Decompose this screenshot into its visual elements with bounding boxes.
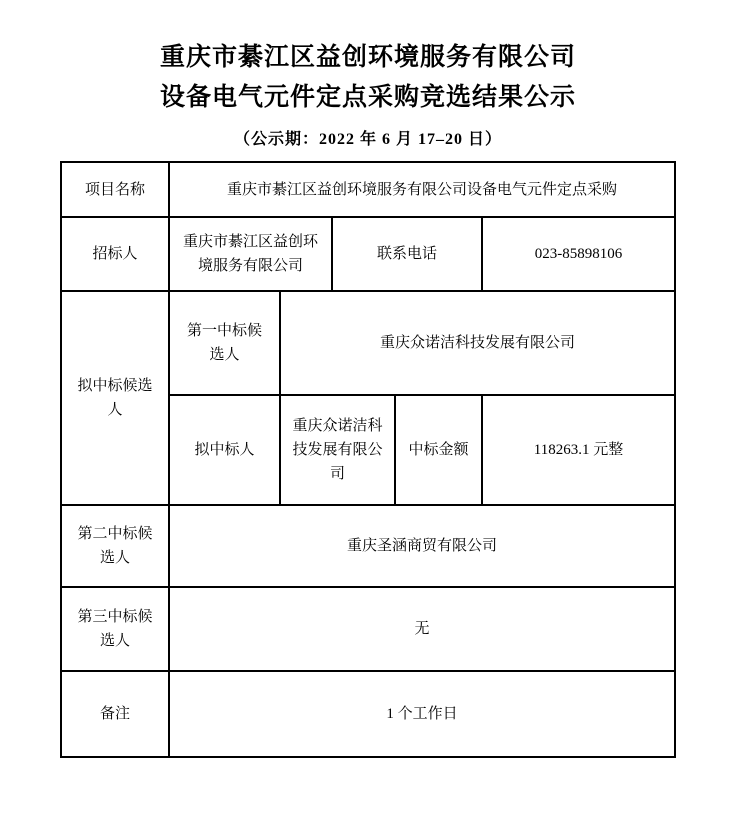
table-row: 拟中标候选人 第一中标候选人 重庆众诺洁科技发展有限公司: [61, 291, 675, 395]
contact-phone-label: 联系电话: [332, 217, 482, 291]
result-table: 项目名称 重庆市綦江区益创环境服务有限公司设备电气元件定点采购 招标人 重庆市綦…: [60, 161, 676, 758]
tenderer-label: 招标人: [61, 217, 169, 291]
first-candidate-label: 第一中标候选人: [169, 291, 280, 395]
remark-value: 1 个工作日: [169, 671, 675, 757]
bid-amount-label: 中标金额: [395, 395, 482, 505]
page-title-line1: 重庆市綦江区益创环境服务有限公司: [0, 38, 736, 78]
table-row: 备注 1 个工作日: [61, 671, 675, 757]
project-name-label: 项目名称: [61, 162, 169, 217]
publicity-period: （公示期：2022 年 6 月 17–20 日）: [0, 126, 736, 149]
proposed-winner-label: 拟中标人: [169, 395, 280, 505]
third-candidate-label: 第三中标候选人: [61, 587, 169, 671]
project-name-value: 重庆市綦江区益创环境服务有限公司设备电气元件定点采购: [169, 162, 675, 217]
announcement-header: 重庆市綦江区益创环境服务有限公司 设备电气元件定点采购竞选结果公示 （公示期：2…: [0, 0, 736, 149]
first-candidate-value: 重庆众诺洁科技发展有限公司: [280, 291, 675, 395]
third-candidate-value: 无: [169, 587, 675, 671]
tenderer-value: 重庆市綦江区益创环境服务有限公司: [169, 217, 332, 291]
table-row: 招标人 重庆市綦江区益创环境服务有限公司 联系电话 023-85898106: [61, 217, 675, 291]
remark-label: 备注: [61, 671, 169, 757]
second-candidate-label: 第二中标候选人: [61, 505, 169, 587]
bid-amount-value: 118263.1 元整: [482, 395, 675, 505]
table-row: 项目名称 重庆市綦江区益创环境服务有限公司设备电气元件定点采购: [61, 162, 675, 217]
table-row: 第二中标候选人 重庆圣涵商贸有限公司: [61, 505, 675, 587]
contact-phone-value: 023-85898106: [482, 217, 675, 291]
proposed-winner-value: 重庆众诺洁科技发展有限公司: [280, 395, 395, 505]
page-title-line2: 设备电气元件定点采购竞选结果公示: [0, 78, 736, 118]
table-row: 第三中标候选人 无: [61, 587, 675, 671]
candidates-group-label: 拟中标候选人: [61, 291, 169, 505]
second-candidate-value: 重庆圣涵商贸有限公司: [169, 505, 675, 587]
